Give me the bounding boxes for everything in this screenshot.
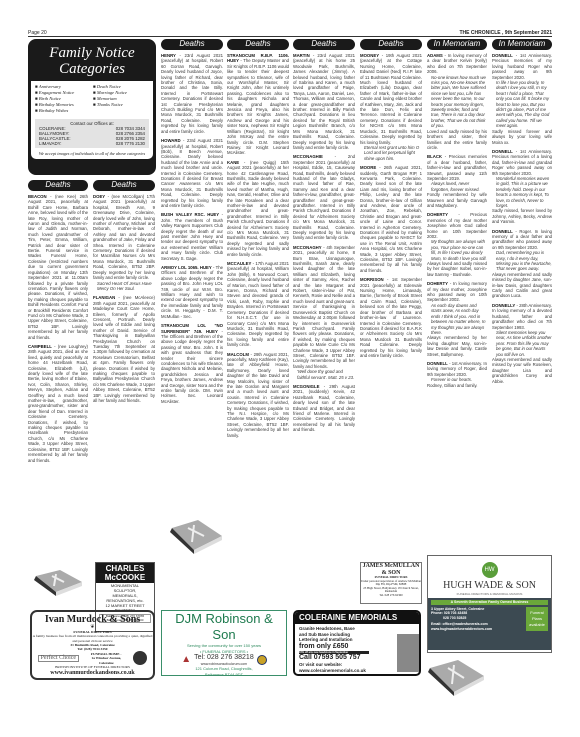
notice: STRANOCUM R.B.P. 1106. HUEY - The Deputy…	[227, 53, 289, 156]
notice-text: - (nee Loughrey) 28th August 2021, died …	[28, 344, 88, 463]
notice-name: FLANIGAN	[93, 295, 115, 300]
notice-signoff: Always loved and sadly missed by her dau…	[427, 261, 487, 277]
notice-name: MALCOLM	[227, 352, 249, 357]
notice-signoff: Always remembered and sadly missed by yo…	[492, 357, 552, 384]
category-list: Anniversary Death Notice Engagement Noti…	[31, 81, 153, 117]
mcmullan-tel: Tel. 028 276 62360	[361, 594, 421, 598]
section-header: In Memoriam	[492, 39, 552, 50]
deaths-column-2: DeathsDOEY - (nee McCollgan) 17th August…	[93, 180, 155, 558]
notice-name: ADAMS	[427, 53, 443, 58]
notice-signoff: Sadly missed forever and always by your …	[492, 129, 552, 145]
section-header: In Memoriam	[427, 39, 487, 50]
notice: ADAMS - In loving memory of a dear broth…	[427, 53, 487, 150]
djm-robinson-ad: DJM Robinson & Son Serving the community…	[161, 610, 287, 676]
notice-verse: As each day dawns and starts anew, As ea…	[427, 303, 487, 335]
djm-addr: Ballymena BT44 9DT	[162, 672, 286, 677]
memoriam-column-2: In MemoriamDONNELL - 1st Anniversary. Pr…	[492, 39, 552, 549]
wade-sub: FUNERAL DIRECTORS & MEMORIAL MASONS	[428, 592, 551, 596]
notice-signoff: Fondly remembered by wife Maureen and fa…	[427, 192, 487, 208]
notice-text: - The Deputy Master and Sir Knights of R…	[227, 58, 289, 155]
perfect-choice-logo: Perfect Choice	[38, 655, 79, 661]
deaths-column-1: DeathsBEACON - (nee Kee) 26th August 202…	[28, 180, 88, 565]
memoriam-column-1: In MemoriamADAMS - In loving memory of a…	[427, 39, 487, 549]
murdock-web[interactable]: www.ivanmurdockandsons.co.uk	[32, 670, 153, 677]
headstone-image	[397, 634, 419, 672]
notice: MCGONIGLE - 29th August 2021, (suddenly)…	[293, 384, 355, 433]
notice-name: DOEY	[93, 194, 105, 199]
notice-name: ARMOY LOL 1065. HUEY	[161, 265, 212, 270]
notice-verse: Eternal rest grant unto him O Lord and l…	[360, 145, 422, 161]
notice-name: BLACK	[427, 154, 442, 159]
notice: MOORE - 26th August 2021, suddenly, Gart…	[360, 165, 422, 273]
notice-name: DONNELLY	[492, 303, 515, 308]
notice-text: - 2nd September 2021 (peacefully) at Hos…	[293, 154, 355, 240]
notice-text: - 23rd August 2021 (peacefully) at his h…	[293, 53, 355, 150]
notice-text: - 1st September 2021 (peacefully) at Ede…	[360, 277, 422, 358]
cm-title: COLERAINE MEMORIALS	[295, 612, 419, 624]
categories-title: Family Notice Categories	[31, 42, 153, 77]
notice: DOHERTY - In loving memory of my dear mo…	[427, 281, 487, 357]
notice: CAMPBELL - (nee Loughrey) 28th August 20…	[28, 344, 88, 463]
section-header: Deaths	[161, 39, 223, 50]
notice: BLACK - Precious memories of a dear husb…	[427, 154, 487, 208]
notice-text: - (nee McCollgan) 17th August 2021 (peac…	[93, 194, 155, 280]
wade-logo-icon: HW	[482, 562, 498, 578]
murdock-title: Ivan Murdock & Sons	[32, 614, 153, 625]
notice-verse: Wonderful memories woven in gold, This i…	[492, 176, 552, 208]
contact-box: Contact our Offices at: COLERAINE:028 70…	[35, 119, 149, 148]
djm-tel-row: ▲ Tel: 028 276 38218www.robinsonsofculcr…	[162, 654, 286, 666]
office-name: LIMAVADY:	[39, 141, 62, 146]
notice-name: BUSH VALLEY RSC. HUEY	[161, 212, 219, 217]
notice-signoff: Loved and sadly missed by his brothers a…	[427, 129, 487, 151]
murdock-ad: Ivan Murdock & Sons ❦ FUNERAL DIRECTORS …	[30, 610, 155, 680]
notice: DONNELL - 1st Anniversary. Precious memo…	[492, 149, 552, 225]
crest-icon	[257, 655, 267, 665]
notice-name: MCCAULEY	[227, 261, 251, 266]
notice: MOONEY - 19th August 2021 (peacefully) a…	[360, 53, 422, 161]
notice-text: - 19th August 2021 (peacefully) at the C…	[360, 53, 422, 145]
wade-contact: 3 Upper Abbey Street, Coleraine Phone: 0…	[431, 607, 492, 632]
notice-name: DONNELL	[492, 53, 513, 58]
title-line-2: Categories	[31, 61, 153, 77]
notice-verse: No-one knows how much we miss you, No-on…	[427, 75, 487, 129]
notice: KANE - (nee Quigg) 15th August 2021 (pea…	[227, 160, 289, 257]
notice-name: DOHERTY	[427, 212, 448, 217]
notice-text: - (nee McAleece) 28th August 2021, peace…	[93, 295, 155, 403]
notice-name: DONNELL	[427, 361, 448, 366]
section-header: Deaths	[93, 180, 155, 191]
notice-verse: Silent memories keep you near, As time u…	[492, 330, 552, 357]
notice-name: HENRY	[161, 53, 176, 58]
notice: MARTIN - 23rd August 2021 (peacefully) a…	[293, 53, 355, 150]
notice: DONNELL - 1st Anniversary. In loving mem…	[427, 361, 487, 388]
title-line-1: Family Notice	[31, 45, 153, 61]
notice: BUSH VALLEY RSC. HUEY - John. The member…	[161, 212, 223, 261]
notice-text: - The Officers and Brethren of the above…	[161, 265, 223, 319]
triangle-logo-icon: ▲	[181, 657, 191, 663]
notice-text: - 29th August 2021, (suddenly) Kevin, 42…	[293, 384, 355, 432]
mccooke-name2: McCOOKE	[96, 573, 154, 582]
notice: DONNELL - Roger. In loving memory of a d…	[492, 229, 552, 299]
wade-plans-badge: Funeral Plans available	[526, 607, 548, 632]
coleraine-memorials-ad: COLERAINE MEMORIALS Granite Headstones, …	[293, 610, 421, 676]
notice: DONNELLY - 28th Anniversary. In loving m…	[492, 303, 552, 384]
notice: DONNELL - 1st Anniversary. Precious memo…	[492, 53, 552, 145]
notice-name: MARTIN	[293, 53, 310, 58]
notice: STRANOCUM LOL "NO SURRENDER" 749. HUEY -…	[161, 323, 223, 404]
notice: ARMOY LOL 1065. HUEY - The Officers and …	[161, 265, 223, 319]
hugh-wade-ad: HW HUGH WADE & SON FUNERAL DIRECTORS & M…	[427, 555, 552, 653]
notice-name: MORRISON	[360, 277, 384, 282]
deaths-column-4: DeathsSTRANOCUM R.B.P. 1106. HUEY - The …	[227, 39, 289, 519]
notice-name: DONNELL	[492, 149, 513, 154]
mccooke-name: CHARLESMcCOOKE	[96, 563, 154, 583]
notice-name: DONNELL	[492, 229, 513, 234]
notice: HOWARD - 23rd August 2021 (peacefully) a…	[161, 138, 223, 208]
murdock-home: FUNERAL HOME - 1a Windsor Avenue, Colera…	[90, 652, 122, 665]
notice-verse: My thoughts are always with you, Your pl…	[427, 239, 487, 261]
header-rule	[28, 36, 552, 37]
section-header: Deaths	[227, 39, 289, 50]
notice-verse: Sacred Heart Of Jesus Have Mercy On Her …	[93, 281, 155, 292]
djm-title: DJM Robinson & Son	[162, 611, 286, 643]
notice-name: CAMPBELL	[28, 344, 52, 349]
notice-text: - 23rd August 2021 (peacefully) at hospi…	[161, 53, 223, 134]
bible-icon	[30, 568, 85, 598]
category-item: Birthday Wishes	[35, 108, 91, 114]
contact-section: Contact our Offices at: COLERAINE:028 70…	[31, 117, 153, 150]
wade-phone: 028 703 52825	[431, 616, 492, 621]
section-header: Deaths	[28, 180, 88, 191]
murdock-desc: A family business free from all multinat…	[32, 634, 153, 643]
notice-verse: Dad, remembering you is easy, I do it ev…	[492, 250, 552, 272]
notice-text: - (nee Quigg) 15th August 2021 (peaceful…	[227, 160, 289, 257]
notice: DOEY - (nee McCollgan) 17th August 2021 …	[93, 194, 155, 291]
family-notice-categories: Family Notice Categories Anniversary Dea…	[28, 39, 156, 175]
notice: HENRY - 23rd August 2021 (peacefully) at…	[161, 53, 223, 134]
notice: MCCONAGHIE - 2nd September 2021 (peacefu…	[293, 154, 355, 241]
mccooke-name1: CHARLES	[96, 564, 154, 573]
notice-text: - 23rd August 2021 (peacefully) at hospi…	[161, 138, 223, 208]
notice-name: BEACON	[28, 194, 47, 199]
notice-verse: Always loved, never forgotten, forever m…	[427, 181, 487, 192]
notice-verse: In life I love you dearly, In death I lo…	[492, 80, 552, 129]
notice-name: STRANOCUM LOL "NO SURRENDER" 749. HUEY	[161, 323, 223, 333]
wade-web[interactable]: www.hughwadefuneraldirectors.com	[431, 627, 492, 632]
notice: DOHERTY - Precious memories of my dear m…	[427, 212, 487, 277]
notice-verse: 'Well done thy good and faithful servant…	[293, 369, 355, 380]
deaths-column-5: DeathsMARTIN - 23rd August 2021 (peacefu…	[293, 39, 355, 604]
notice-name: MCGONIGLE	[293, 384, 320, 389]
section-header: Deaths	[293, 39, 355, 50]
murdock-mid: Perfect Choice FUNERAL HOME - 1a Windsor…	[32, 651, 153, 665]
notice-text: - (nee Kee) 26th August 2021, peacefully…	[28, 194, 88, 340]
notice-signoff: Always remembered by her loving daughter…	[427, 335, 487, 357]
wade-title: HUGH WADE & SON	[428, 580, 551, 592]
notice: BEACON - (nee Kee) 26th August 2021, pea…	[28, 194, 88, 340]
notice-text: - 26th August 2021, suddenly, Garth Brog…	[360, 165, 422, 273]
accept-note: We accept images of individuals in all o…	[31, 150, 153, 159]
notice-name: DOHERTY	[427, 281, 448, 286]
notice: MALCOLM - 29th August 2021, peacefully, …	[227, 352, 289, 439]
deaths-column-6: DeathsMOONEY - 19th August 2021 (peacefu…	[360, 39, 422, 564]
notice-signoff: Rodney, Gillian and family.	[427, 383, 487, 388]
notice-name: MOORE	[360, 165, 376, 170]
notice-name: MCCONAGHY	[293, 245, 322, 250]
mcmullan-ad: JAMES McMULLAN & SON FUNERAL DIRECTORS U…	[360, 562, 422, 604]
notice-text: - John. The members of Bush Valley Range…	[161, 212, 223, 260]
deaths-column-3: DeathsHENRY - 23rd August 2021 (peaceful…	[161, 39, 223, 479]
notice-name: HOWARD	[161, 138, 181, 143]
notice-text: - 29th August 2021, peacefully, Mary Kat…	[227, 352, 289, 438]
notice-text: - The Officers and Brethren of the above…	[161, 329, 223, 404]
wade-details: 3 Upper Abbey Street, Coleraine Phone: 0…	[431, 607, 548, 632]
notice: MORRISON - 1st September 2021 (peacefull…	[360, 277, 422, 358]
notice-text: - 17th August 2021 (peacefully) at hospi…	[227, 261, 289, 347]
notice: FLANIGAN - (nee McAleece) 28th August 20…	[93, 295, 155, 403]
bible-icon	[424, 658, 486, 698]
office-row: LIMAVADY:028 7776 2130	[39, 141, 145, 146]
office-phone: 028 7776 2130	[116, 141, 145, 146]
notice-signoff: Sadly missed, forever loved by Johnny, A…	[492, 208, 552, 224]
crest-icon	[133, 651, 147, 665]
notice-name: KANE	[227, 160, 239, 165]
wade-bar: A Seventh Generation Family Owned Busine…	[431, 600, 548, 605]
category-item: Thanks Notice	[93, 102, 149, 108]
notice-signoff: Always remembered and sadly missed by da…	[492, 272, 552, 299]
notice: MCCAULEY - 17th August 2021 (peacefully)…	[227, 261, 289, 348]
djm-tel: Tel: 028 276 38218	[194, 654, 254, 662]
notice-name: MCCONAGHIE	[293, 154, 323, 159]
wade-info: A Seventh Generation Family Owned Busine…	[428, 598, 551, 650]
mcmullan-title: JAMES McMULLAN	[361, 563, 421, 570]
bible-icon	[166, 518, 224, 556]
notice: MCCONAGHY - 4th September 2021, peaceful…	[293, 245, 355, 380]
section-header: Deaths	[360, 39, 422, 50]
notice-text: - 4th September 2021, peacefully at home…	[293, 245, 355, 369]
wade-email[interactable]: Email: office@wadesfunerals.com	[431, 622, 492, 627]
notice-name: MOONEY	[360, 53, 379, 58]
